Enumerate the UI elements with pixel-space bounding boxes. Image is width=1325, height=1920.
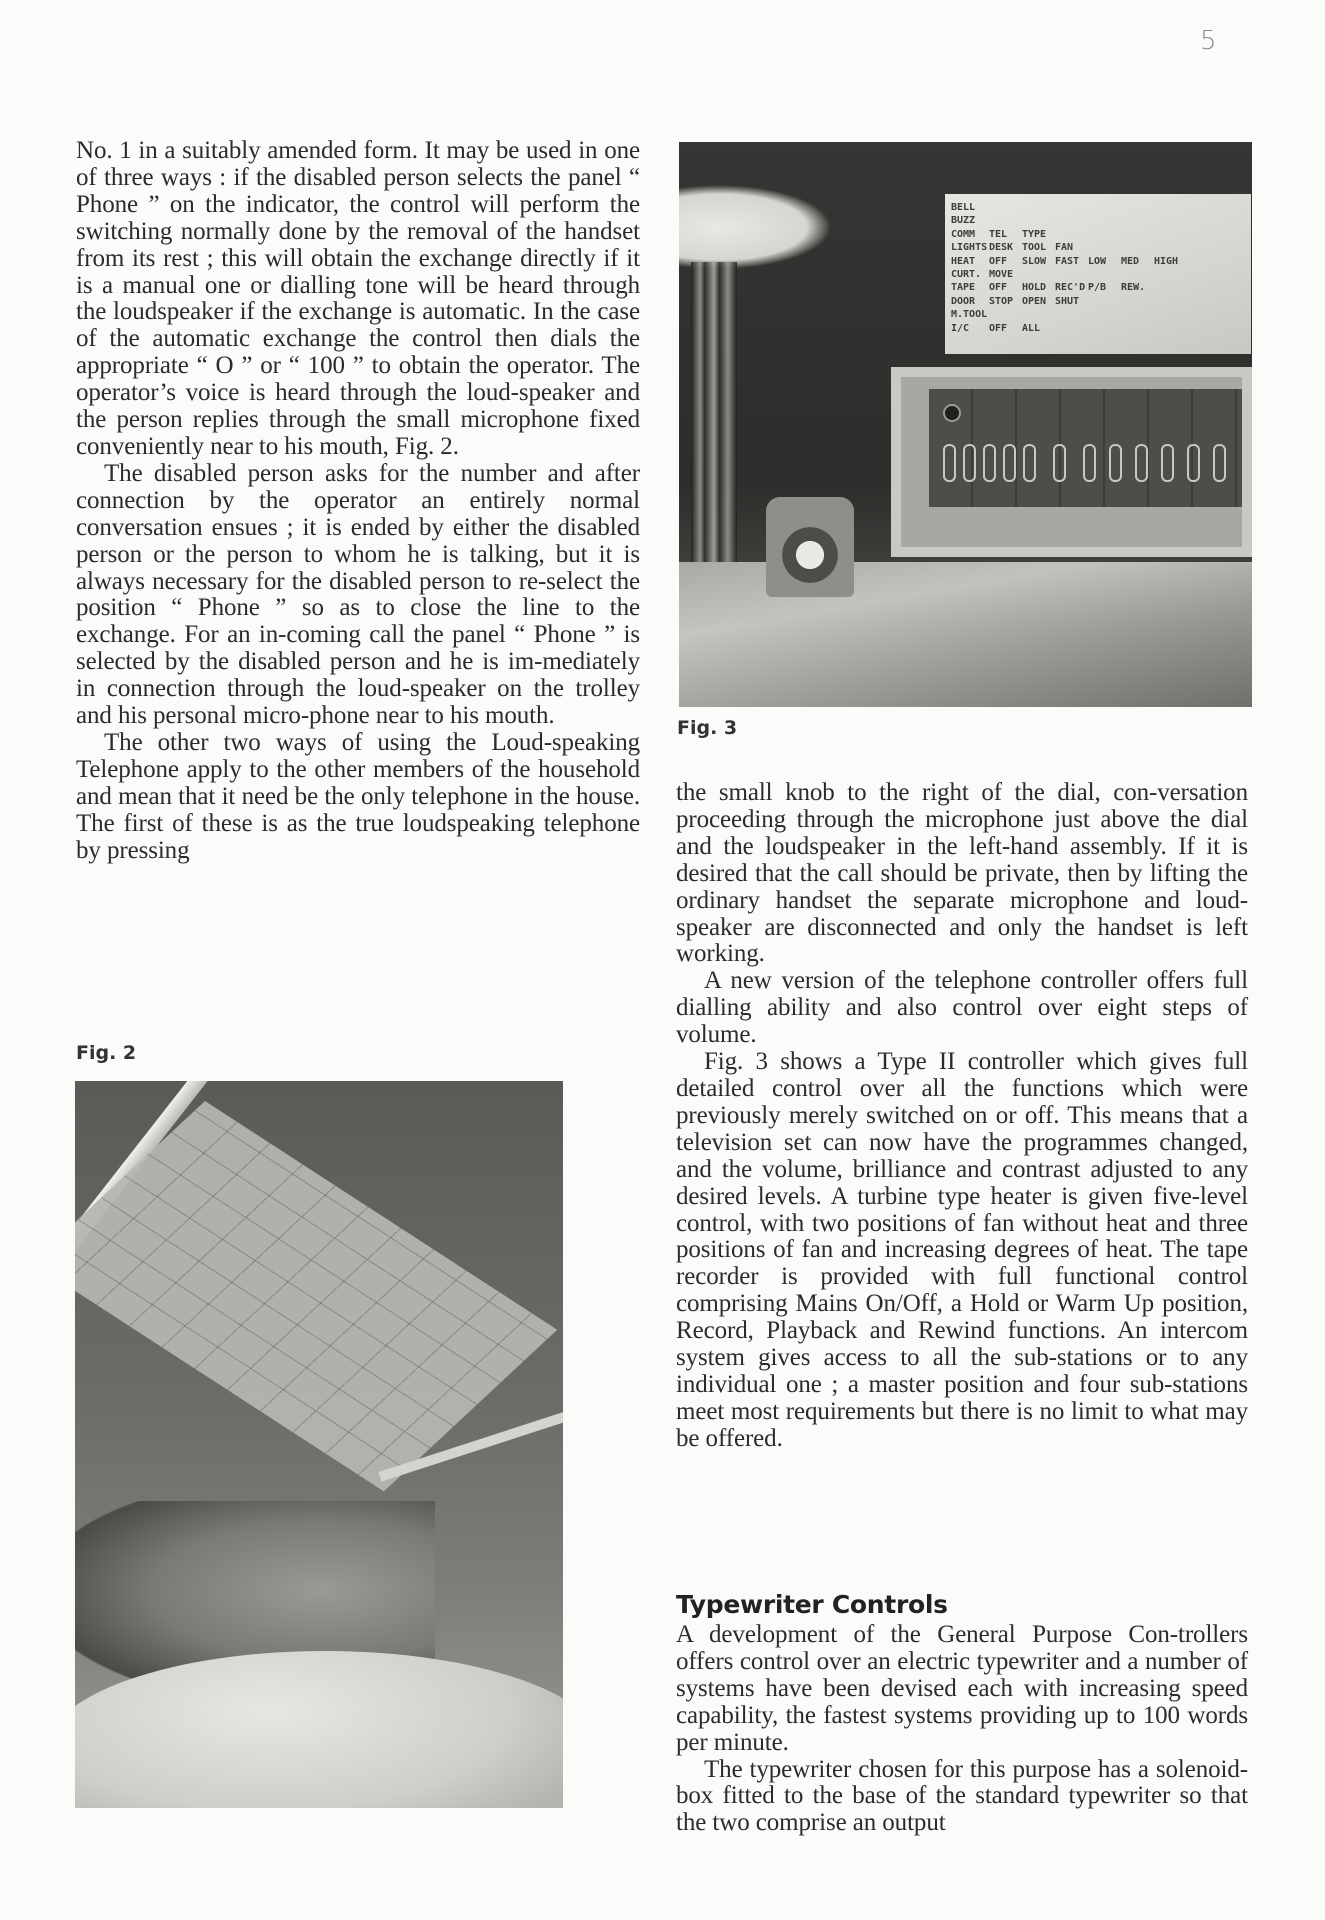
- toggle-switch-icon: [1023, 444, 1036, 482]
- paragraph: The typewriter chosen for this purpose h…: [676, 1757, 1248, 1838]
- panel-label: ALL: [1022, 322, 1055, 335]
- panel-label: OFF: [989, 322, 1022, 335]
- desk-surface: [679, 562, 1252, 707]
- panel-label: TYPE: [1022, 228, 1055, 241]
- panel-label: TEL: [989, 228, 1022, 241]
- fig3-photo: BELL BUZZ COMM TEL TYPE LIGHTS DESK TOOL…: [679, 142, 1252, 707]
- panel-label: TAPE: [951, 281, 989, 294]
- controller-unit: [891, 367, 1252, 557]
- right-column-text: the small knob to the right of the dial,…: [676, 780, 1248, 1453]
- panel-row: COMM TEL TYPE: [951, 228, 1251, 241]
- indicator-panel: BELL BUZZ COMM TEL TYPE LIGHTS DESK TOOL…: [945, 194, 1251, 354]
- panel-label: SHUT: [1055, 295, 1088, 308]
- panel-label: HOLD: [1022, 281, 1055, 294]
- panel-label: MOVE: [989, 268, 1022, 281]
- toggle-switch-icon: [1135, 444, 1148, 482]
- panel-row: BUZZ: [951, 214, 1251, 227]
- paragraph: Fig. 3 shows a Type II controller which …: [676, 1049, 1248, 1453]
- panel-label: P/B: [1088, 281, 1121, 294]
- panel-label: STOP: [989, 295, 1022, 308]
- panel-label: SLOW: [1022, 255, 1055, 268]
- panel-label: LIGHTS: [951, 241, 989, 254]
- paragraph: the small knob to the right of the dial,…: [676, 780, 1248, 968]
- pillow: [75, 1651, 563, 1808]
- panel-row: LIGHTS DESK TOOL FAN: [951, 241, 1251, 254]
- panel-row: BELL: [951, 201, 1251, 214]
- rotary-dial-icon: [782, 527, 838, 583]
- fig3-caption: Fig. 3: [677, 717, 737, 739]
- panel-label: OPEN: [1022, 295, 1055, 308]
- panel-label: OFF: [989, 255, 1022, 268]
- paragraph: No. 1 in a suitably amended form. It may…: [76, 138, 640, 461]
- indicator-board: [75, 1101, 557, 1491]
- desk-lamp: [691, 262, 737, 562]
- panel-label: REC'D: [1055, 281, 1088, 294]
- panel-row: I/C OFF ALL: [951, 322, 1251, 335]
- panel-label: TOOL: [1022, 241, 1055, 254]
- paragraph: The disabled person asks for the number …: [76, 461, 640, 730]
- panel-label: HEAT: [951, 255, 989, 268]
- panel-label: COMM: [951, 228, 989, 241]
- panel-row: CURT. MOVE: [951, 268, 1251, 281]
- panel-row: HEAT OFF SLOW FAST LOW MED HIGH: [951, 255, 1251, 268]
- paragraph: A development of the General Purpose Con…: [676, 1622, 1248, 1757]
- panel-label: OFF: [989, 281, 1022, 294]
- toggle-switch-icon: [943, 444, 956, 482]
- page-number: 5: [1200, 26, 1217, 56]
- panel-label: I/C: [951, 322, 989, 335]
- panel-label: DESK: [989, 241, 1022, 254]
- typewriter-controls-section: Typewriter Controls A development of the…: [676, 1590, 1248, 1837]
- toggle-switch-icon: [1053, 444, 1066, 482]
- panel-label: BELL: [951, 201, 989, 214]
- toggle-switch-icon: [1083, 444, 1096, 482]
- toggle-switch-icon: [983, 444, 996, 482]
- panel-row: TAPE OFF HOLD REC'D P/B REW.: [951, 281, 1251, 294]
- left-column: No. 1 in a suitably amended form. It may…: [76, 138, 640, 864]
- section-heading: Typewriter Controls: [676, 1590, 1248, 1620]
- panel-row: M.TOOL: [951, 308, 1251, 321]
- panel-label: M.TOOL: [951, 308, 989, 321]
- panel-label: BUZZ: [951, 214, 989, 227]
- toggle-switch-icon: [963, 444, 976, 482]
- toggle-switch-icon: [1187, 444, 1200, 482]
- knob-icon: [943, 404, 961, 422]
- controller-front: [929, 389, 1242, 507]
- fig2-photo: [75, 1081, 563, 1808]
- toggle-switch-icon: [1161, 444, 1174, 482]
- paragraph: The other two ways of using the Loud-spe…: [76, 730, 640, 865]
- toggle-switch-icon: [1109, 444, 1122, 482]
- panel-label: HIGH: [1154, 255, 1187, 268]
- panel-label: LOW: [1088, 255, 1121, 268]
- panel-row: DOOR STOP OPEN SHUT: [951, 295, 1251, 308]
- fig2-caption: Fig. 2: [76, 1042, 136, 1064]
- panel-label: DOOR: [951, 295, 989, 308]
- panel-label: FAST: [1055, 255, 1088, 268]
- panel-label: REW.: [1121, 281, 1154, 294]
- toggle-switch-icon: [1003, 444, 1016, 482]
- panel-label: CURT.: [951, 268, 989, 281]
- dial-telephone: [766, 497, 854, 597]
- panel-label: MED: [1121, 255, 1154, 268]
- toggle-switch-icon: [1213, 444, 1226, 482]
- paragraph: A new version of the telephone controlle…: [676, 968, 1248, 1049]
- panel-label: FAN: [1055, 241, 1088, 254]
